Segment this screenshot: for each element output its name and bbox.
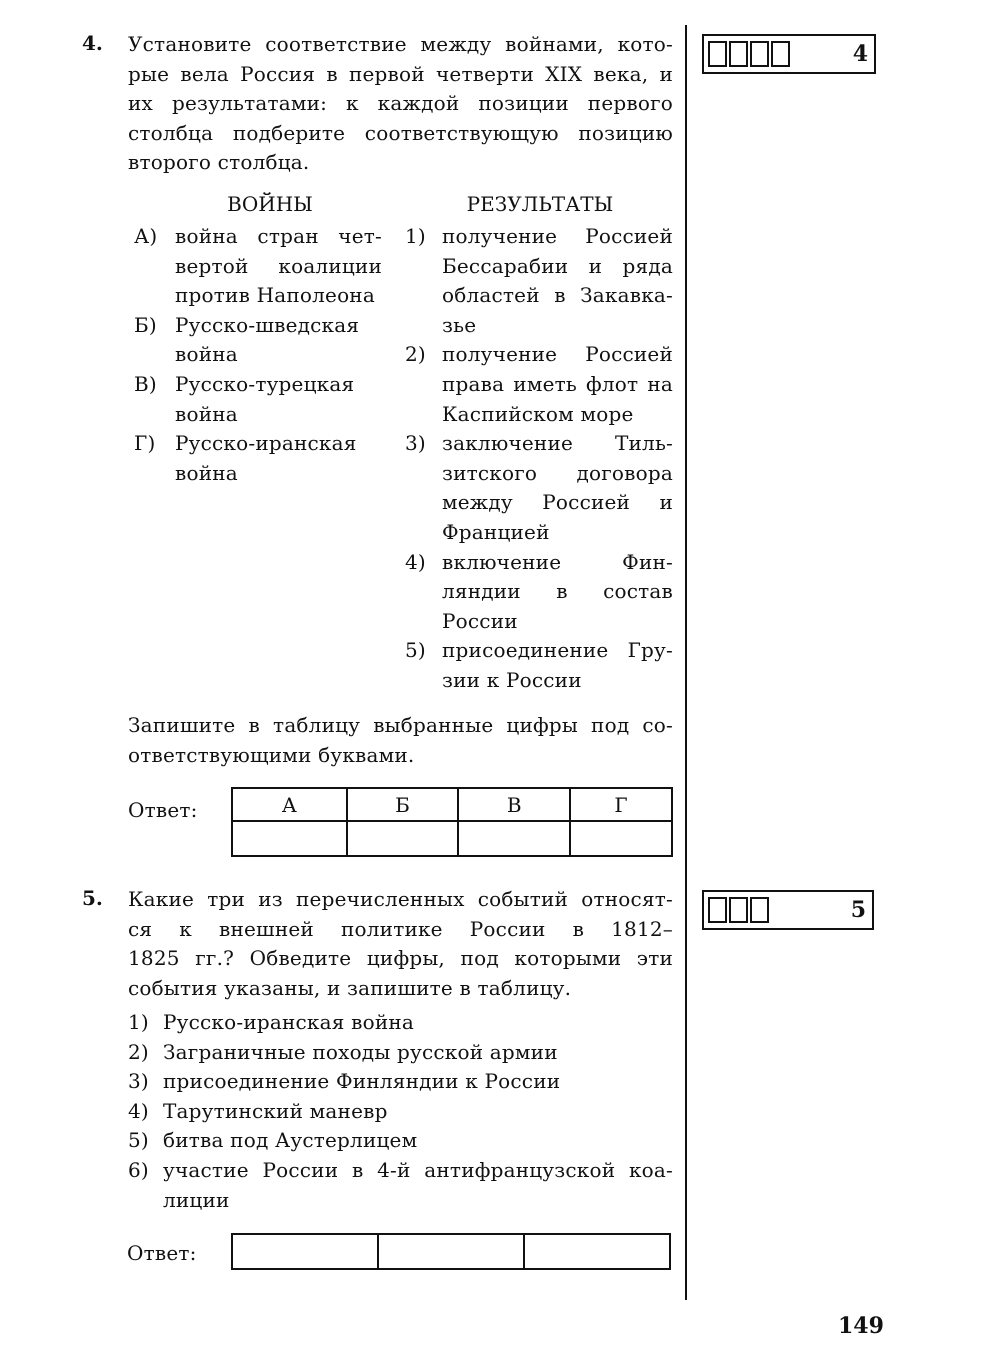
option-line: лиции: [163, 1186, 673, 1216]
item-label: Б): [134, 311, 175, 370]
option-label: 5): [128, 1126, 163, 1156]
item-label: А): [134, 222, 175, 311]
task4-instruction: Запишите в таблицу выбранные цифры под с…: [128, 711, 673, 770]
item-line: включение Фин-: [442, 548, 673, 578]
item-line: получение Россией: [442, 340, 673, 370]
prompt-line: рые вела Россия в первой четверти XIX ве…: [128, 60, 673, 90]
answer-column-header: А: [232, 788, 347, 821]
answer-column-header: Б: [347, 788, 459, 821]
prompt-line: 1825 гг.? Обведите цифры, под которыми э…: [128, 944, 673, 974]
task4-answer-table: АБВГ: [231, 787, 673, 857]
item-text: Русско-турецкаявойна: [175, 370, 382, 429]
item-text: присоединение Гру-зии к России: [442, 636, 673, 695]
option-line: Тарутинский маневр: [163, 1097, 673, 1127]
item-label: 3): [405, 429, 442, 547]
item-label: 2): [405, 340, 442, 429]
item-label: 4): [405, 548, 442, 637]
answer-cell[interactable]: [570, 821, 672, 856]
item-text: получение Россиейправа иметь флот наКасп…: [442, 340, 673, 429]
option-text: Русско-иранская война: [163, 1008, 673, 1038]
score-cell[interactable]: [729, 897, 748, 923]
item-text: получение РоссиейБессарабии и рядаобласт…: [442, 222, 673, 340]
score-cell[interactable]: [708, 41, 727, 67]
option-line: участие России в 4-й антифранцузской коа…: [163, 1156, 673, 1186]
item-text: заключение Тиль-зитского договорамежду Р…: [442, 429, 673, 547]
option-item: 4)Тарутинский маневр: [128, 1097, 673, 1127]
results-list: 1)получение РоссиейБессарабии и рядаобла…: [405, 222, 673, 696]
item-line: зии к России: [442, 666, 673, 696]
prompt-line: Какие три из перечисленных событий относ…: [128, 885, 673, 915]
item-line: получение Россией: [442, 222, 673, 252]
option-item: 3)присоединение Финляндии к России: [128, 1067, 673, 1097]
answer-cell[interactable]: [524, 1234, 670, 1269]
item-line: война: [175, 340, 382, 370]
item-text: война стран чет-вертой коалициипротив На…: [175, 222, 382, 311]
option-text: присоединение Финляндии к России: [163, 1067, 673, 1097]
prompt-line: их результатами: к каждой позиции первог…: [128, 89, 673, 119]
prompt-line: второго столбца.: [128, 148, 673, 178]
score-cell[interactable]: [750, 41, 769, 67]
answer-column-header: В: [458, 788, 570, 821]
score-cell[interactable]: [750, 897, 769, 923]
item-label: 5): [405, 636, 442, 695]
item-line: России: [442, 607, 673, 637]
answer-cell[interactable]: [347, 821, 459, 856]
answer-cell[interactable]: [232, 1234, 378, 1269]
war-item: Б)Русско-шведскаявойна: [134, 311, 382, 370]
score-cell[interactable]: [729, 41, 748, 67]
task4-number: 4.: [82, 31, 103, 55]
item-line: война: [175, 459, 382, 489]
task4-answer-label: Ответ:: [128, 796, 198, 826]
item-text: включение Фин-ляндии в составРоссии: [442, 548, 673, 637]
war-item: А)война стран чет-вертой коалициипротив …: [134, 222, 382, 311]
item-label: В): [134, 370, 175, 429]
prompt-line: Установите соответствие между войнами, к…: [128, 30, 673, 60]
item-line: Русско-шведская: [175, 311, 382, 341]
item-line: областей в Закавка-: [442, 281, 673, 311]
instruction-line: Запишите в таблицу выбранные цифры под с…: [128, 711, 673, 741]
option-text: Заграничные походы русской армии: [163, 1038, 673, 1068]
result-item: 4)включение Фин-ляндии в составРоссии: [405, 548, 673, 637]
option-item: 2)Заграничные походы русской армии: [128, 1038, 673, 1068]
result-item: 5)присоединение Гру-зии к России: [405, 636, 673, 695]
task5-score-box: 5: [702, 890, 874, 930]
item-label: 1): [405, 222, 442, 340]
task5-score-number: 5: [851, 897, 868, 923]
item-line: Русско-иранская: [175, 429, 382, 459]
option-line: Русско-иранская война: [163, 1008, 673, 1038]
task5-options: 1)Русско-иранская война2)Заграничные пох…: [128, 1008, 673, 1215]
option-label: 3): [128, 1067, 163, 1097]
result-item: 1)получение РоссиейБессарабии и рядаобла…: [405, 222, 673, 340]
option-line: присоединение Финляндии к России: [163, 1067, 673, 1097]
item-label: Г): [134, 429, 175, 488]
page-number: 149: [838, 1313, 884, 1339]
task4-score-number: 4: [853, 41, 870, 67]
item-line: присоединение Гру-: [442, 636, 673, 666]
option-line: битва под Аустерлицем: [163, 1126, 673, 1156]
option-label: 1): [128, 1008, 163, 1038]
wars-list: А)война стран чет-вертой коалициипротив …: [134, 222, 382, 488]
option-label: 2): [128, 1038, 163, 1068]
prompt-line: столбца подберите соответствующую позици…: [128, 119, 673, 149]
wars-header: ВОЙНЫ: [175, 190, 365, 219]
item-line: заключение Тиль-: [442, 429, 673, 459]
item-text: Русско-иранскаявойна: [175, 429, 382, 488]
item-line: зитского договора: [442, 459, 673, 489]
option-item: 6)участие России в 4-й антифранцузской к…: [128, 1156, 673, 1215]
option-line: Заграничные походы русской армии: [163, 1038, 673, 1068]
task5-answer-label: Ответ:: [127, 1239, 197, 1269]
option-text: участие России в 4-й антифранцузской коа…: [163, 1156, 673, 1215]
item-line: зье: [442, 311, 673, 341]
option-item: 1)Русско-иранская война: [128, 1008, 673, 1038]
task5-answer-table: [231, 1233, 671, 1270]
war-item: Г)Русско-иранскаявойна: [134, 429, 382, 488]
item-line: права иметь флот на: [442, 370, 673, 400]
task4-prompt: Установите соответствие между войнами, к…: [128, 30, 673, 178]
item-line: против Наполеона: [175, 281, 382, 311]
result-item: 3)заключение Тиль-зитского договорамежду…: [405, 429, 673, 547]
answer-cell[interactable]: [378, 1234, 524, 1269]
task4-score-box: 4: [702, 34, 876, 74]
answer-cell[interactable]: [232, 821, 347, 856]
item-line: война стран чет-: [175, 222, 382, 252]
option-item: 5)битва под Аустерлицем: [128, 1126, 673, 1156]
task5-prompt: Какие три из перечисленных событий относ…: [128, 885, 673, 1003]
item-line: ляндии в состав: [442, 577, 673, 607]
score-cell[interactable]: [771, 41, 790, 67]
results-header: РЕЗУЛЬТАТЫ: [440, 190, 640, 219]
answer-column-header: Г: [570, 788, 672, 821]
option-text: битва под Аустерлицем: [163, 1126, 673, 1156]
item-text: Русско-шведскаявойна: [175, 311, 382, 370]
result-item: 2)получение Россиейправа иметь флот наКа…: [405, 340, 673, 429]
item-line: Русско-турецкая: [175, 370, 382, 400]
answer-cell[interactable]: [458, 821, 570, 856]
item-line: Бессарабии и ряда: [442, 252, 673, 282]
option-label: 6): [128, 1156, 163, 1215]
prompt-line: события указаны, и запишите в таблицу.: [128, 974, 673, 1004]
item-line: вертой коалиции: [175, 252, 382, 282]
task5-number: 5.: [82, 886, 103, 910]
option-label: 4): [128, 1097, 163, 1127]
item-line: между Россией и: [442, 488, 673, 518]
margin-divider: [685, 25, 687, 1300]
war-item: В)Русско-турецкаявойна: [134, 370, 382, 429]
prompt-line: ся к внешней политике России в 1812–: [128, 915, 673, 945]
option-text: Тарутинский маневр: [163, 1097, 673, 1127]
item-line: война: [175, 400, 382, 430]
item-line: Францией: [442, 518, 673, 548]
score-cell[interactable]: [708, 897, 727, 923]
item-line: Каспийском море: [442, 400, 673, 430]
instruction-line: ответствующими буквами.: [128, 741, 673, 771]
